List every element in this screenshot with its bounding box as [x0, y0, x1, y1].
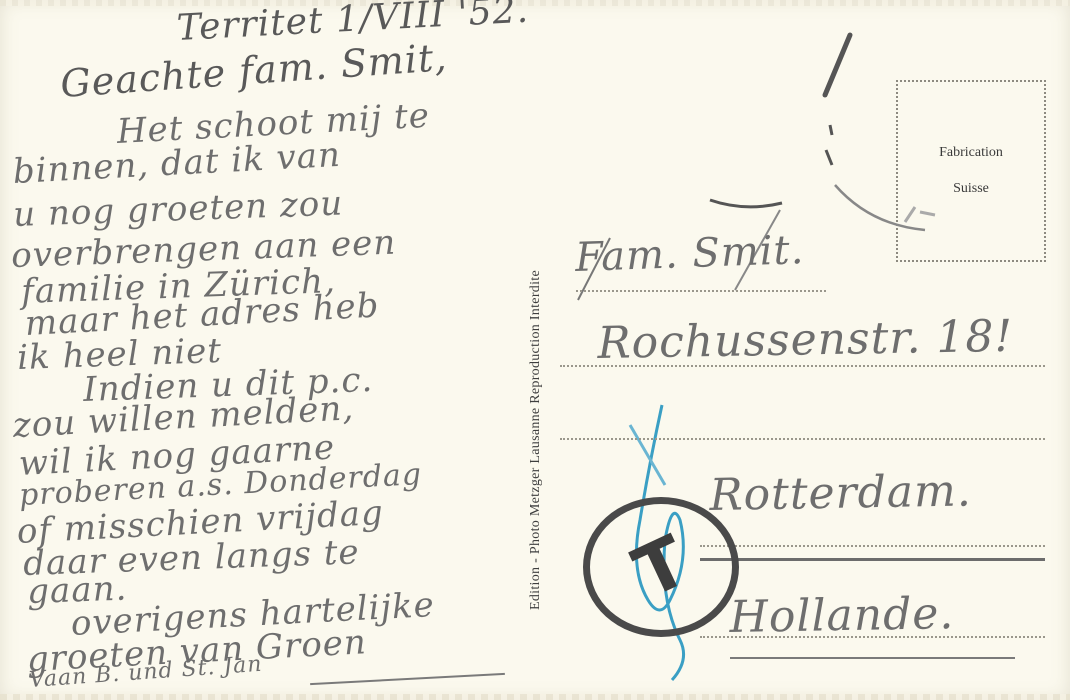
censor-letter: T	[622, 520, 700, 614]
address-country: Hollande.	[729, 588, 955, 643]
address-city-underline	[700, 558, 1045, 561]
censor-stamp: T	[583, 497, 739, 637]
address-line-2	[560, 365, 1045, 367]
postcard-back: Territet 1/VIII '52. Geachte fam. Smit, …	[0, 0, 1070, 700]
address-line-5	[700, 636, 1045, 638]
address-name: Fam. Smit.	[574, 227, 805, 281]
address-street: Rochussenstr. 18!	[597, 311, 1013, 369]
address-city: Rotterdam.	[709, 465, 972, 521]
postmark-stroke	[825, 35, 850, 95]
address-line-1	[576, 290, 826, 292]
address-line-3	[560, 438, 1045, 440]
country-underline	[730, 657, 1015, 659]
address-line-4	[700, 545, 1045, 547]
